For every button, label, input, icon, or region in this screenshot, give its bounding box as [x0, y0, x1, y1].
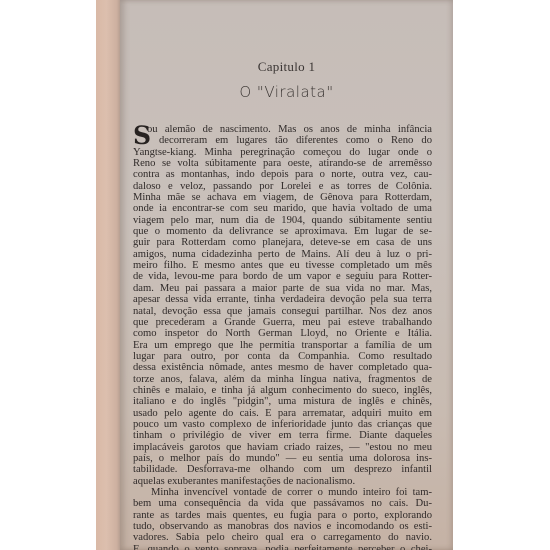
text-line: E, quando o vento soprava, podia perfeit… — [133, 544, 432, 550]
text-line: contra as montanhas, indo depois para o … — [133, 169, 432, 180]
book-page: Capitulo 1 O "Viralata" S ou alemão de n… — [120, 0, 453, 550]
body-text: S ou alemão de nascimento. Mas os anos d… — [133, 124, 432, 550]
text-line: daloso e veloz, passando por Lorelei e a… — [133, 181, 432, 192]
drop-cap: S — [133, 125, 151, 147]
text-line: meiro filho. E mesmo antes que eu tivess… — [133, 260, 432, 271]
text-line: apesar dessa vida errante, tinha verdade… — [133, 294, 432, 305]
text-line: lugar para outro, por conta da Companhia… — [133, 351, 432, 362]
text-line: chinês e malaio, e tinha já algum conhec… — [133, 385, 432, 396]
text-line: como inspetor do North German Lloyd, no … — [133, 328, 432, 339]
text-line: tinham o privilégio de viver em terra fi… — [133, 430, 432, 441]
text-line: rante as tardes mais quentes, eu fugia p… — [133, 510, 432, 521]
text-line: ou alemão de nascimento. Mas os anos de … — [133, 124, 432, 135]
text-line: italiano e do inglês "pidgin", uma mistu… — [133, 396, 432, 407]
text-line: tudo, observando as manobras dos navios … — [133, 521, 432, 532]
chapter-label: Capitulo 1 — [120, 59, 453, 75]
text-line: dessa existência nômade, antes mesmo de … — [133, 362, 432, 373]
text-line: amigos, numa cidadezinha perto de Mains.… — [133, 249, 432, 260]
text-line: vadores. Sabia pelo cheiro qual era o ca… — [133, 532, 432, 543]
text-line: Minha mãe se achava em viagem, de Gênova… — [133, 192, 432, 203]
text-line: que precederam a Grande Guerra, meu pai … — [133, 317, 432, 328]
text-line: Yangtse-kiang. Minha peregrinação começo… — [133, 147, 432, 158]
text-line: pouco um vasto complexo de inferioridade… — [133, 419, 432, 430]
text-line: de vida, levou-me para bordo de um vapor… — [133, 271, 432, 282]
text-line: Reno se volta súbitamente para oeste, at… — [133, 158, 432, 169]
text-line: onde ia encontrar-se com seu marido, que… — [133, 203, 432, 214]
text-line: torze anos, falava, além da minha língua… — [133, 374, 432, 385]
text-line: tabilidade. Desforrava-me olhando com um… — [133, 464, 432, 475]
chapter-title: O "Viralata" — [120, 83, 453, 101]
text-line: decorreram em lugares tão diferentes com… — [133, 135, 432, 146]
text-line: guir para Rotterdam como planejara, dete… — [133, 237, 432, 248]
text-line: viagem pelo mar, num dia de 1904, quando… — [133, 215, 432, 226]
text-line: país, o melhor país do mundo" — eu senti… — [133, 453, 432, 464]
text-line: dam. Meu pai passara a maior parte de su… — [133, 283, 432, 294]
text-line: Era um emprego que lhe permitia transpor… — [133, 340, 432, 351]
text-line: natal, devoção essa que jamais consegui … — [133, 306, 432, 317]
text-line: implacáveis garotos que haviam criado ra… — [133, 442, 432, 453]
text-line: usado pelo agente do cais. E para arrema… — [133, 408, 432, 419]
book-page-edges — [96, 0, 122, 550]
text-line: que o momento da delivrance se aproximav… — [133, 226, 432, 237]
text-line: bem uma consequência da vida que passáva… — [133, 498, 432, 509]
text-line: aquelas exuberantes manifestações de nac… — [133, 476, 432, 487]
text-line: Minha invencível vontade de correr o mun… — [133, 487, 432, 498]
